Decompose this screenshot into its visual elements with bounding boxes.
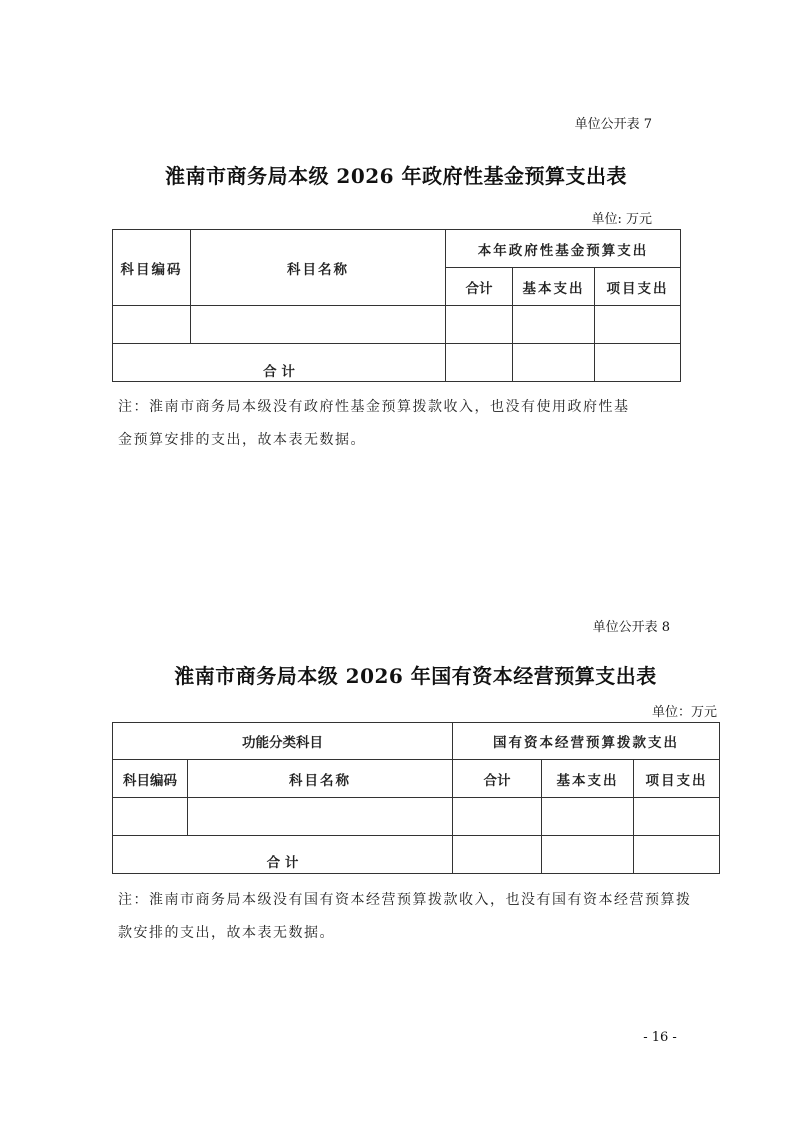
note-line: 注：淮南市商务局本级没有政府性基金预算拨款收入，也没有使用政府性基	[118, 391, 698, 424]
unit-label-8: 单位：万元	[560, 701, 717, 720]
sum-project	[634, 836, 720, 874]
cell-project	[595, 306, 681, 344]
sum-label: 合 计	[113, 344, 446, 382]
header-code: 科目编码	[113, 760, 188, 798]
cell-code	[113, 798, 188, 836]
cell-name	[191, 306, 446, 344]
header-group: 国有资本经营预算拨款支出	[453, 723, 720, 760]
header-total: 合计	[446, 268, 513, 306]
cell-project	[634, 798, 720, 836]
sum-row: 合 计	[113, 836, 720, 874]
note-line: 注：淮南市商务局本级没有国有资本经营预算拨款收入，也没有国有资本经营预算拨	[118, 884, 728, 917]
table-title-7: 淮南市商务局本级 2026 年政府性基金预算支出表	[112, 160, 680, 189]
note-8: 注：淮南市商务局本级没有国有资本经营预算拨款收入，也没有国有资本经营预算拨 款安…	[118, 884, 728, 950]
table-label-7: 单位公开表 7	[500, 113, 652, 132]
header-total: 合计	[453, 760, 542, 798]
note-line: 金预算安排的支出，故本表无数据。	[118, 424, 698, 457]
cell-total	[446, 306, 513, 344]
sum-label: 合 计	[113, 836, 453, 874]
sum-basic	[542, 836, 634, 874]
header-project: 项目支出	[595, 268, 681, 306]
cell-basic	[542, 798, 634, 836]
sum-basic	[513, 344, 595, 382]
budget-table-gov-fund: 科目编码 科目名称 本年政府性基金预算支出 合计 基本支出 项目支出 合 计	[112, 229, 681, 382]
sum-project	[595, 344, 681, 382]
table-label-8: 单位公开表 8	[520, 616, 670, 635]
unit-label-7: 单位: 万元	[500, 208, 652, 227]
cell-name	[188, 798, 453, 836]
sum-row: 合 计	[113, 344, 681, 382]
table-row	[113, 306, 681, 344]
header-project: 项目支出	[634, 760, 720, 798]
cell-total	[453, 798, 542, 836]
note-line: 款安排的支出，故本表无数据。	[118, 917, 728, 950]
table-row	[113, 798, 720, 836]
note-7: 注：淮南市商务局本级没有政府性基金预算拨款收入，也没有使用政府性基 金预算安排的…	[118, 391, 698, 457]
header-basic: 基本支出	[542, 760, 634, 798]
header-group: 本年政府性基金预算支出	[446, 230, 681, 268]
budget-table-state-capital: 功能分类科目 国有资本经营预算拨款支出 科目编码 科目名称 合计 基本支出 项目…	[112, 722, 720, 874]
sum-total	[453, 836, 542, 874]
header-name: 科目名称	[188, 760, 453, 798]
header-code: 科目编码	[113, 230, 191, 306]
header-category: 功能分类科目	[113, 723, 453, 760]
sum-total	[446, 344, 513, 382]
page-number: - 16 -	[620, 1030, 700, 1045]
cell-code	[113, 306, 191, 344]
table-title-8: 淮南市商务局本级 2026 年国有资本经营预算支出表	[112, 660, 719, 689]
header-name: 科目名称	[191, 230, 446, 306]
cell-basic	[513, 306, 595, 344]
header-basic: 基本支出	[513, 268, 595, 306]
